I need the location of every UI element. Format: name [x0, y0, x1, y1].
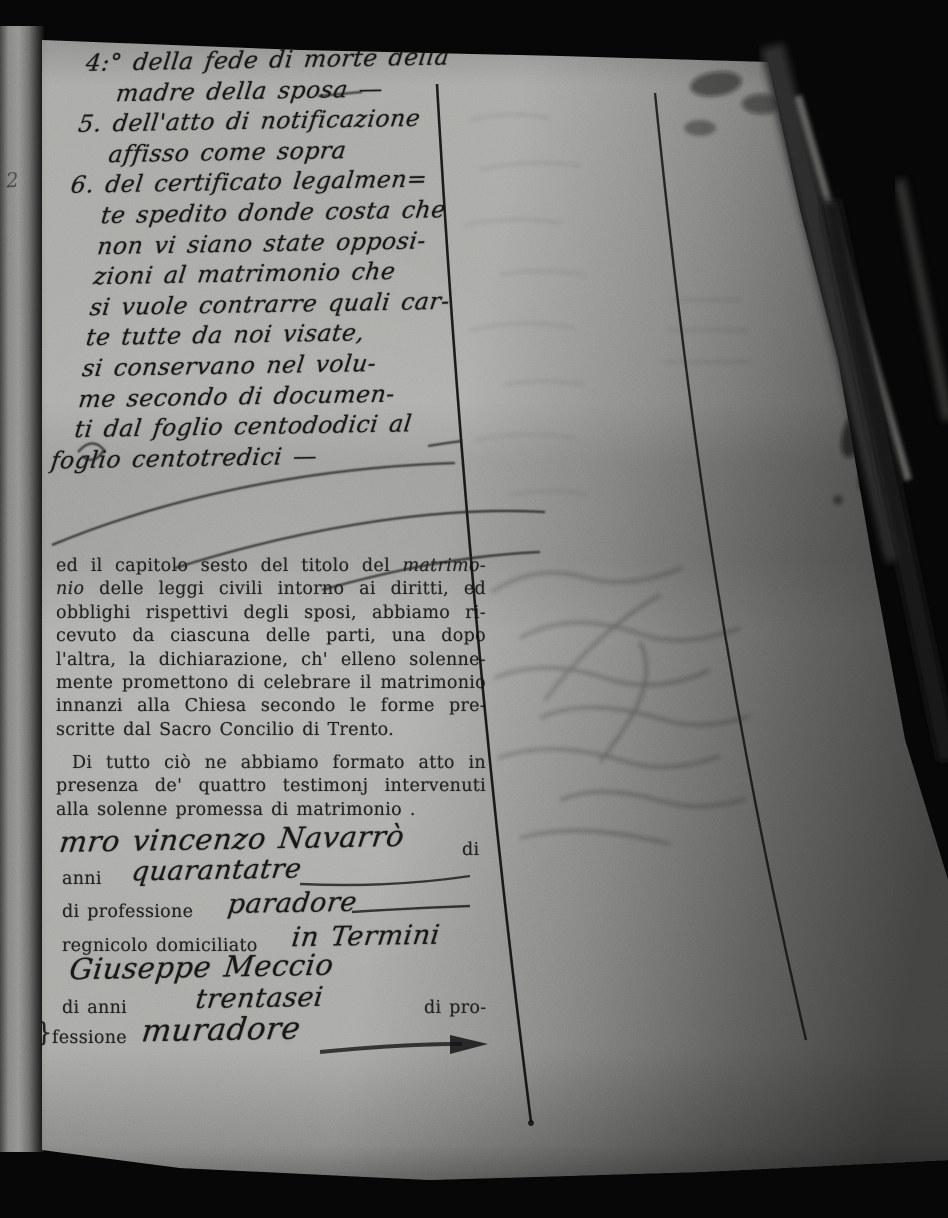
- book-fore-edge: [0, 0, 948, 1218]
- register-photograph: 2 76 53 4:° della fede di morte della ma…: [0, 0, 948, 1218]
